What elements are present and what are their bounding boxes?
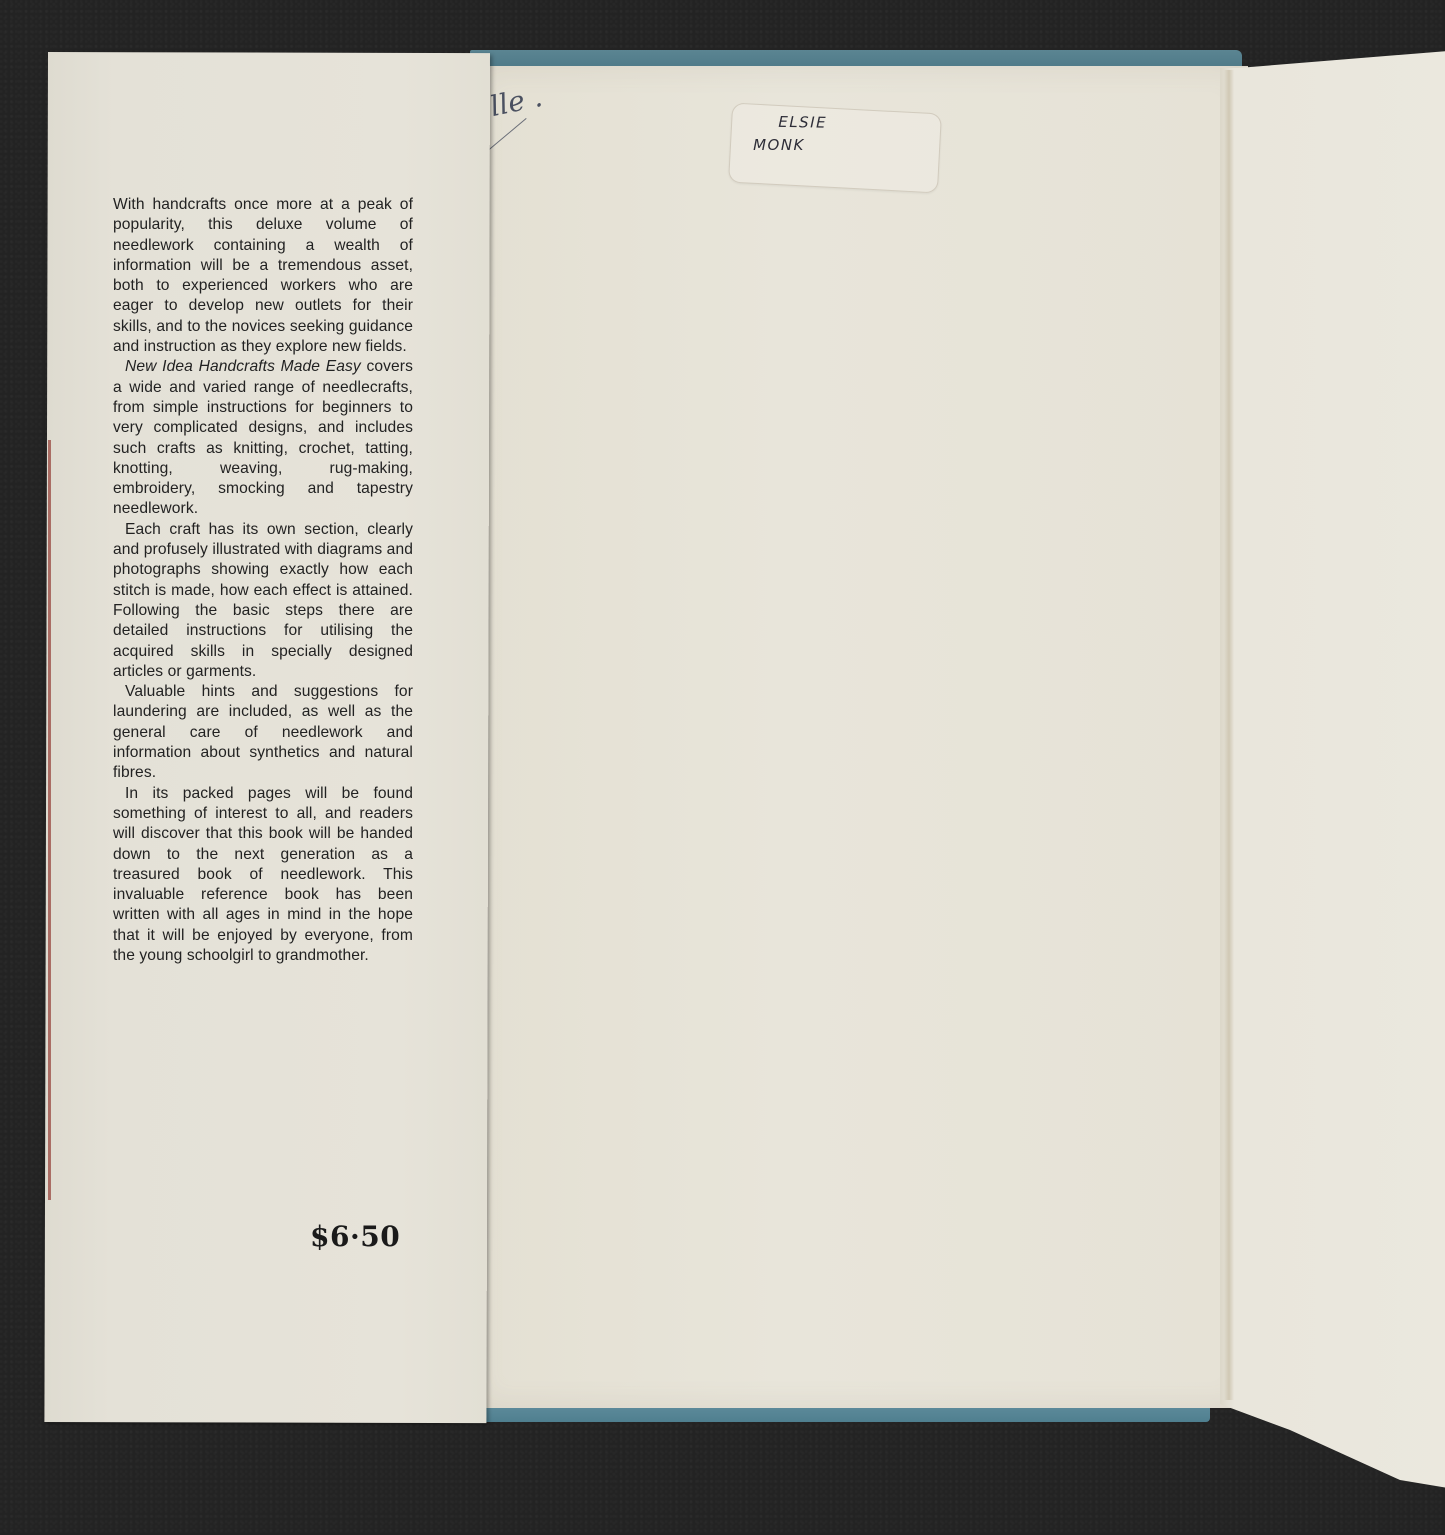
price-tag: $6·50 (310, 1220, 400, 1253)
blurb-paragraph-3: Each craft has its own section, clearly … (113, 520, 413, 682)
jacket-fold-crease (1224, 70, 1234, 1400)
endpaper-page (476, 66, 1248, 1408)
blurb-paragraph-1: With handcrafts once more at a peak of p… (113, 195, 413, 357)
blurb-paragraph-4: Valuable hints and suggestions for laund… (113, 682, 413, 783)
book-title: New Idea Handcrafts Made Easy (125, 358, 361, 375)
blurb-paragraph-5: In its packed pages will be found someth… (113, 784, 413, 967)
blurb-paragraph-2: New Idea Handcrafts Made Easy covers a w… (113, 357, 413, 519)
right-jacket-panel (1220, 50, 1445, 1490)
jacket-red-edge (48, 440, 51, 1200)
blurb-paragraph-2-body: covers a wide and varied range of needle… (113, 358, 413, 517)
flap-blurb: With handcrafts once more at a peak of p… (113, 195, 413, 966)
owner-last-name: MONK (753, 136, 805, 154)
owner-first-name: ELSIE (778, 113, 827, 132)
owner-name-label: ELSIE MONK (728, 103, 942, 194)
